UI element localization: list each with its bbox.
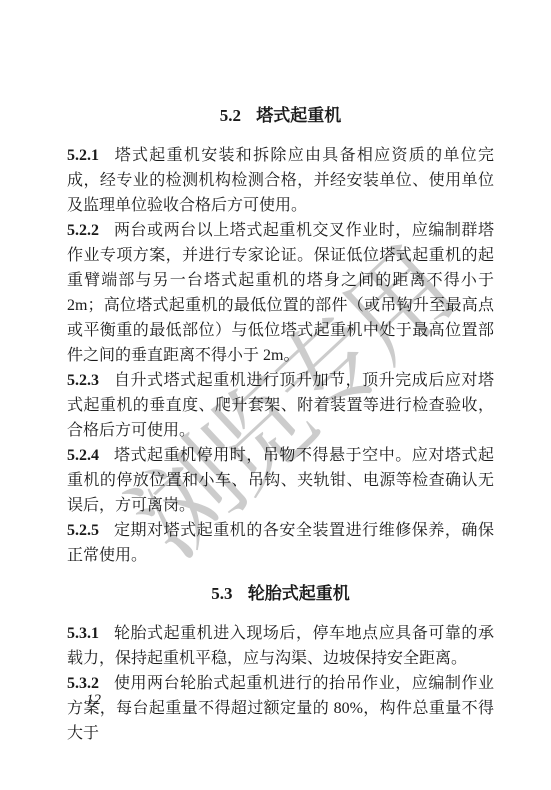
clause-5-3-2: 5.3.2使用两台轮胎式起重机进行的抬吊作业，应编制作业方案，每台起重量不得超过… <box>67 671 494 746</box>
section-number: 5.2 <box>220 106 241 125</box>
clause-number: 5.2.5 <box>67 522 99 539</box>
clause-5-3-1: 5.3.1轮胎式起重机进入现场后，停车地点应具备可靠的承载力，保持起重机平稳，应… <box>67 621 494 671</box>
document-page: 浏览专用 5.2塔式起重机 5.2.1塔式起重机安装和拆除应由具备相应资质的单位… <box>0 0 551 790</box>
page-number: 12 <box>86 690 101 710</box>
clause-text: 自升式塔式起重机进行顶升加节，顶升完成后应对塔式起重机的垂直度、爬升套架、附着装… <box>67 372 494 439</box>
clause-number: 5.2.3 <box>67 372 99 389</box>
section-title: 轮胎式起重机 <box>248 584 350 603</box>
section-title: 塔式起重机 <box>256 106 341 125</box>
clause-number: 5.2.1 <box>67 147 99 164</box>
section-heading-5-2: 5.2塔式起重机 <box>67 103 494 128</box>
clause-text: 使用两台轮胎式起重机进行的抬吊作业，应编制作业方案，每台起重量不得超过额定量的 … <box>67 675 494 742</box>
clause-number: 5.2.4 <box>67 447 99 464</box>
clause-5-2-4: 5.2.4塔式起重机停用时，吊物不得悬于空中。应对塔式起重机的停放位置和小车、吊… <box>67 443 494 518</box>
clause-text: 塔式起重机安装和拆除应由具备相应资质的单位完成，经专业的检测机构检测合格，并经安… <box>67 147 494 214</box>
section-number: 5.3 <box>211 584 232 603</box>
clause-5-2-1: 5.2.1塔式起重机安装和拆除应由具备相应资质的单位完成，经专业的检测机构检测合… <box>67 143 494 218</box>
clause-5-2-5: 5.2.5定期对塔式起重机的各安全装置进行维修保养，确保正常使用。 <box>67 518 494 568</box>
clause-text: 两台或两台以上塔式起重机交叉作业时，应编制群塔作业专项方案，并进行专家论证。保证… <box>67 222 494 364</box>
clause-5-2-2: 5.2.2两台或两台以上塔式起重机交叉作业时，应编制群塔作业专项方案，并进行专家… <box>67 218 494 368</box>
clause-number: 5.3.1 <box>67 625 99 642</box>
section-heading-5-3: 5.3轮胎式起重机 <box>67 581 494 606</box>
clause-text: 塔式起重机停用时，吊物不得悬于空中。应对塔式起重机的停放位置和小车、吊钩、夹轨钳… <box>67 447 494 514</box>
clause-5-2-3: 5.2.3自升式塔式起重机进行顶升加节，顶升完成后应对塔式起重机的垂直度、爬升套… <box>67 368 494 443</box>
clause-number: 5.2.2 <box>67 222 99 239</box>
clause-text: 定期对塔式起重机的各安全装置进行维修保养，确保正常使用。 <box>67 522 494 564</box>
clause-text: 轮胎式起重机进入现场后，停车地点应具备可靠的承载力，保持起重机平稳，应与沟渠、边… <box>67 625 494 667</box>
page-content: 5.2塔式起重机 5.2.1塔式起重机安装和拆除应由具备相应资质的单位完成，经专… <box>67 0 494 746</box>
